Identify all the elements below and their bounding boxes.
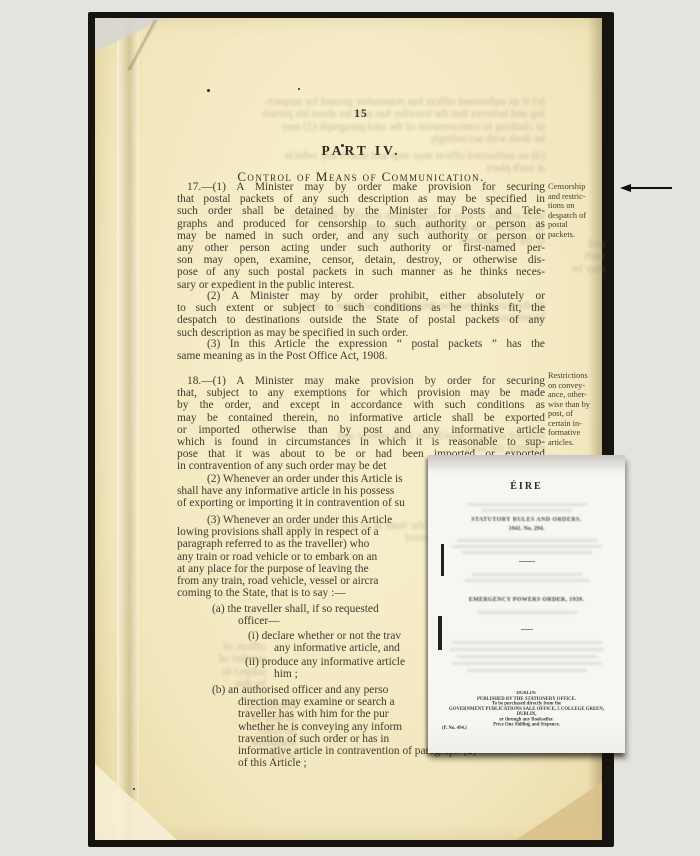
pamphlet-top-shading — [428, 455, 625, 471]
pamphlet-sro-number: 1941. No. 294. — [428, 526, 625, 532]
faint-print-line — [452, 641, 602, 644]
corner-crease — [97, 20, 187, 70]
bleedthrough-text: (e) if an authorised officer has reasona… — [177, 96, 545, 146]
binding-mark — [441, 544, 444, 576]
faint-print-line — [457, 655, 597, 658]
scanned-archive-photo: { "page": { "number": "15", "part_headin… — [0, 0, 700, 856]
article-17-2: (2) A Minister may by order prohibit, ei… — [177, 290, 545, 339]
faint-print-line — [472, 573, 582, 576]
article-17-3: (3) In this Article the expression “ pos… — [177, 338, 545, 362]
binding-mark — [438, 616, 442, 650]
faint-print-line — [467, 669, 587, 672]
faint-print-line — [449, 648, 604, 651]
faint-print-line — [467, 503, 587, 506]
page-fold-crease — [117, 18, 139, 840]
faint-print-line — [477, 611, 577, 614]
arrow-shaft — [630, 187, 672, 190]
faint-print-line — [452, 662, 602, 665]
margin-note-restrictions: Restrictions on convey- ance, other- wis… — [548, 371, 610, 447]
pamphlet-country-title: ÉIRE — [428, 481, 625, 492]
separator-rule — [519, 561, 535, 562]
dust-speck — [207, 89, 210, 92]
bleedthrough-text: (d) an authorised officer may stop and s… — [177, 150, 545, 175]
faint-print-line — [462, 551, 592, 554]
separator-rule — [521, 629, 533, 630]
pamphlet-order-title: EMERGENCY POWERS ORDER, 1939. — [428, 597, 625, 603]
faint-print-line — [464, 579, 589, 582]
margin-note-censorship: Censorship and restric- tions on despatc… — [548, 182, 610, 239]
dust-speck — [133, 788, 135, 790]
dust-speck — [298, 88, 300, 90]
faint-print-line — [457, 539, 597, 542]
photo-corner-bottom-right — [516, 782, 602, 840]
pointer-arrow-icon — [620, 184, 672, 192]
pamphlet-imprint: DUBLIN: PUBLISHED BY THE STATIONERY OFFI… — [448, 691, 606, 727]
overlay-pamphlet-cover: ÉIRE STATUTORY RULES AND ORDERS. 1941. N… — [428, 455, 625, 753]
faint-print-line — [452, 545, 602, 548]
faint-print-line — [482, 509, 572, 512]
pamphlet-print-number: (P. No. 494.) — [442, 726, 467, 731]
bleedthrough-text: and such may be — [545, 238, 605, 275]
pamphlet-sro-heading: STATUTORY RULES AND ORDERS. — [428, 517, 625, 523]
article-17-1: 17.—(1) A Minister may by order make pro… — [177, 181, 545, 291]
